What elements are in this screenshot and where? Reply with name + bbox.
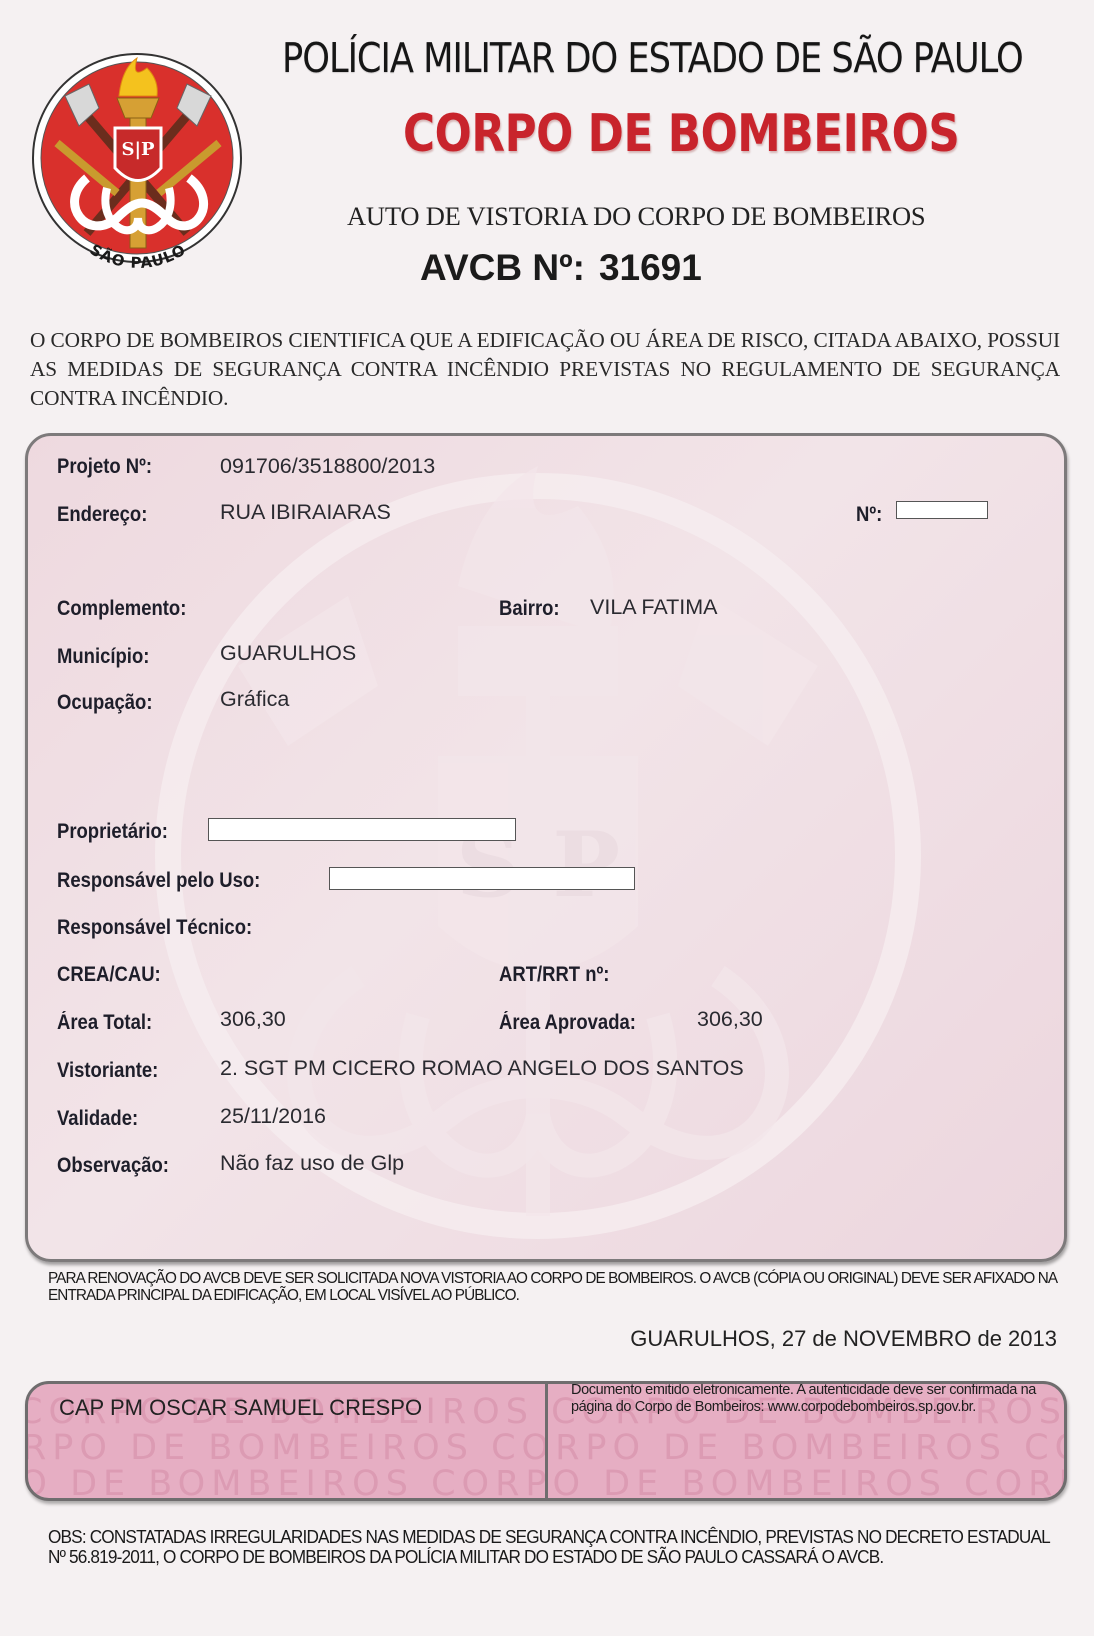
bairro-value: VILA FATIMA — [590, 595, 717, 620]
proprietario-label: Proprietário: — [57, 820, 168, 844]
avcb-number-line: AVCB Nº:31691 — [420, 247, 702, 289]
municipio-value: GUARULHOS — [220, 641, 356, 666]
vistoriante-value: 2. SGT PM CICERO ROMAO ANGELO DOS SANTOS — [220, 1056, 744, 1081]
signatory-name: CAP PM OSCAR SAMUEL CRESPO — [59, 1395, 422, 1421]
signature-box: CORPO DE BOMBEIROS CORPO DE BOMBEIROS CO… — [25, 1381, 1067, 1501]
document-type: AUTO DE VISTORIA DO CORPO DE BOMBEIROS — [347, 201, 925, 232]
area-total-label: Área Total: — [57, 1011, 152, 1035]
org-title: POLÍCIA MILITAR DO ESTADO DE SÃO PAULO — [282, 34, 953, 82]
unit-title: CORPO DE BOMBEIROS — [403, 104, 959, 164]
art-rrt-label: ART/RRT nº: — [499, 963, 609, 987]
responsavel-uso-redaction — [329, 867, 635, 890]
emblem-watermark-icon: S P — [118, 456, 978, 1256]
certificate-details-box: S P Projeto Nº: 091706/3518800/2013 Ende… — [25, 433, 1067, 1262]
area-aprovada-label: Área Aprovada: — [499, 1011, 636, 1035]
issue-date-line: GUARULHOS, 27 de NOVEMBRO de 2013 — [630, 1326, 1057, 1352]
numero-redaction — [896, 501, 988, 519]
shield-text: S|P — [121, 139, 155, 160]
observacao-label: Observação: — [57, 1154, 169, 1178]
observacao-value: Não faz uso de Glp — [220, 1151, 404, 1176]
certification-statement: O CORPO DE BOMBEIROS CIENTIFICA QUE A ED… — [30, 326, 1060, 413]
municipio-label: Município: — [57, 645, 149, 669]
crea-cau-label: CREA/CAU: — [57, 963, 161, 987]
area-total-value: 306,30 — [220, 1007, 286, 1032]
complemento-label: Complemento: — [57, 597, 186, 621]
vistoriante-label: Vistoriante: — [57, 1059, 158, 1083]
responsavel-tecnico-label: Responsável Técnico: — [57, 916, 252, 940]
projeto-value: 091706/3518800/2013 — [220, 454, 435, 479]
projeto-label: Projeto Nº: — [57, 455, 152, 479]
fire-department-emblem-icon: CORPO DE BOMBEIROS S|P SÃO PAULO — [27, 28, 249, 290]
ocupacao-label: Ocupação: — [57, 691, 153, 715]
numero-label: Nº: — [856, 503, 882, 527]
validade-label: Validade: — [57, 1107, 138, 1131]
endereco-value: RUA IBIRAIARAS — [220, 500, 391, 525]
authenticity-note: Documento emitido eletronicamente. A aut… — [571, 1382, 1041, 1416]
obs-footer: OBS: CONSTATADAS IRREGULARIDADES NAS MED… — [48, 1527, 1058, 1567]
responsavel-uso-label: Responsável pelo Uso: — [57, 869, 260, 893]
bairro-label: Bairro: — [499, 597, 560, 621]
avcb-number: 31691 — [599, 247, 702, 288]
signature-divider — [545, 1384, 548, 1498]
area-aprovada-value: 306,30 — [697, 1007, 763, 1032]
ocupacao-value: Gráfica — [220, 687, 289, 712]
proprietario-redaction — [208, 818, 516, 841]
renewal-notice: PARA RENOVAÇÃO DO AVCB DEVE SER SOLICITA… — [48, 1270, 1058, 1304]
avcb-label: AVCB Nº: — [420, 247, 585, 288]
endereco-label: Endereço: — [57, 503, 147, 527]
validade-value: 25/11/2016 — [220, 1104, 326, 1129]
